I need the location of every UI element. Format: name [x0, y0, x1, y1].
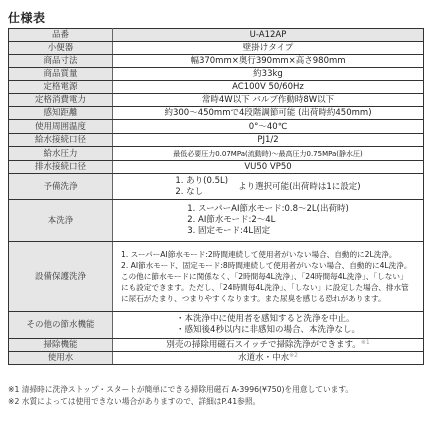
row-label: 定格消費電力	[9, 94, 113, 107]
table-row: その他の節水機能 ・本洗浄中に使用者を感知すると洗浄を中止。 ・感知後4秒以内に…	[9, 312, 424, 339]
row-label: 品番	[9, 29, 113, 42]
other-line: ・感知後4秒以内に非感知の場合、本洗浄なし。	[176, 325, 360, 335]
mode-line: 1. スーパーAI節水モード:0.8～2L(出荷時)	[187, 204, 349, 214]
row-value: 約33kg	[113, 68, 424, 81]
row-value: 幅370mm×奥行390mm×高さ980mm	[113, 55, 424, 68]
table-row: 掃除機能 別売の掃除用磁石スイッチで掃除洗浄ができます。※1	[9, 339, 424, 352]
table-row: 定格消費電力 常時4W以下 バルブ作動時8W以下	[9, 94, 424, 107]
table-row: 給水圧力 最低必要圧力0.07MPa(流動時)～最高圧力0.75MPa(静水圧)	[9, 147, 424, 161]
table-row: 使用水 水道水・中水※2	[9, 352, 424, 365]
row-value: PJ1/2	[113, 134, 424, 147]
row-label: 感知距離	[9, 107, 113, 120]
row-value: 0°～40℃	[113, 120, 424, 134]
row-label: 設備保護洗浄	[9, 242, 113, 312]
row-value: U-A12AP	[113, 29, 424, 42]
table-row: 小便器 壁掛けタイプ	[9, 42, 424, 55]
row-value: VU50 VP50	[113, 161, 424, 174]
row-label: 小便器	[9, 42, 113, 55]
row-label: 給水接続口径	[9, 134, 113, 147]
table-row: 感知距離 約300～450mmで4段階調節可能 (出荷時約450mm)	[9, 107, 424, 120]
footnote-ref: ※2	[289, 352, 298, 359]
row-value: 常時4W以下 バルブ作動時8W以下	[113, 94, 424, 107]
footnotes: ※1 清掃時に洗浄ストップ・スタートが簡単にできる掃除用磁石 A-3996(¥7…	[8, 384, 353, 408]
row-label: 本洗浄	[9, 200, 113, 242]
table-row: 商品寸法 幅370mm×奥行390mm×高さ980mm	[9, 55, 424, 68]
value-text: 別売の掃除用磁石スイッチで掃除洗浄ができます。	[166, 340, 360, 350]
row-value: AC100V 50/60Hz	[113, 81, 424, 94]
protect-line: 1. スーパーAI節水モード:2時間連続して使用者がいない場合、自動的に2L洗浄…	[121, 250, 396, 259]
value-text: 水道水・中水	[238, 353, 289, 363]
row-label: 使用水	[9, 352, 113, 365]
row-value: 約300～450mmで4段階調節可能 (出荷時約450mm)	[113, 107, 424, 120]
table-row: 排水接続口径 VU50 VP50	[9, 161, 424, 174]
footnote-1: ※1 清掃時に洗浄ストップ・スタートが簡単にできる掃除用磁石 A-3996(¥7…	[8, 384, 353, 396]
row-value: 1. スーパーAI節水モード:0.8～2L(出荷時) 2. AI節水モード:2～…	[113, 200, 424, 242]
table-row: 品番 U-A12AP	[9, 29, 424, 42]
row-label: 給水圧力	[9, 147, 113, 161]
protect-line: この他に節水モードに関係なく、「2時間毎4L洗浄」、「24時間毎4L洗浄」、「し…	[121, 272, 408, 281]
footnote-2: ※2 水質によっては使用できない場合がありますので、詳細はP.41参照。	[8, 396, 353, 408]
row-label: 定格電源	[9, 81, 113, 94]
table-row: 予備洗浄 1. あり(0.5L) 2. なし より選択可能(出荷時は1に設定)	[9, 174, 424, 200]
row-value: 1. あり(0.5L) 2. なし より選択可能(出荷時は1に設定)	[113, 174, 424, 200]
main-wash-modes: 1. スーパーAI節水モード:0.8～2L(出荷時) 2. AI節水モード:2～…	[187, 204, 349, 237]
row-value: ・本洗浄中に使用者を感知すると洗浄を中止。 ・感知後4秒以内に非感知の場合、本洗…	[113, 312, 424, 339]
spec-table: 品番 U-A12AP 小便器 壁掛けタイプ 商品寸法 幅370mm×奥行390m…	[8, 28, 424, 365]
row-value: 1. スーパーAI節水モード:2時間連続して使用者がいない場合、自動的に2L洗浄…	[113, 242, 424, 312]
table-row: 本洗浄 1. スーパーAI節水モード:0.8～2L(出荷時) 2. AI節水モー…	[9, 200, 424, 242]
table-row: 定格電源 AC100V 50/60Hz	[9, 81, 424, 94]
row-label: その他の節水機能	[9, 312, 113, 339]
row-label: 排水接続口径	[9, 161, 113, 174]
table-row: 商品質量 約33kg	[9, 68, 424, 81]
other-lines: ・本洗浄中に使用者を感知すると洗浄を中止。 ・感知後4秒以内に非感知の場合、本洗…	[176, 314, 360, 336]
table-row: 設備保護洗浄 1. スーパーAI節水モード:2時間連続して使用者がいない場合、自…	[9, 242, 424, 312]
row-value: 別売の掃除用磁石スイッチで掃除洗浄ができます。※1	[113, 339, 424, 352]
mode-line: 2. AI節水モード:2～4L	[187, 215, 275, 225]
option-line: 1. あり(0.5L)	[175, 176, 228, 186]
footnote-ref: ※1	[361, 339, 370, 346]
row-label: 予備洗浄	[9, 174, 113, 200]
row-value: 水道水・中水※2	[113, 352, 424, 365]
mode-line: 3. 固定モード:4L固定	[187, 226, 270, 236]
protect-line: 2. AI節水モード、固定モード:8時間連続して使用者がいない場合、自動的に4L…	[121, 261, 411, 270]
row-label: 商品質量	[9, 68, 113, 81]
other-line: ・本洗浄中に使用者を感知すると洗浄を中止。	[176, 314, 355, 324]
table-row: 使用周囲温度 0°～40℃	[9, 120, 424, 134]
page-title: 仕様表	[8, 9, 46, 26]
option-suffix: より選択可能(出荷時は1に設定)	[238, 182, 361, 192]
table-row: 給水接続口径 PJ1/2	[9, 134, 424, 147]
pre-wash-options: 1. あり(0.5L) 2. なし より選択可能(出荷時は1に設定)	[175, 176, 360, 198]
row-label: 商品寸法	[9, 55, 113, 68]
row-value: 最低必要圧力0.07MPa(流動時)～最高圧力0.75MPa(静水圧)	[113, 147, 424, 161]
row-value: 壁掛けタイプ	[113, 42, 424, 55]
protect-line: に尿石がたまり、つまりやすくなります。また尿臭を感じる恐れがあります。	[121, 294, 386, 303]
row-label: 使用周囲温度	[9, 120, 113, 134]
row-label: 掃除機能	[9, 339, 113, 352]
protect-line: にも設定できます。ただし、「24時間毎4L洗浄」、「しない」に設定した場合、排水…	[121, 283, 409, 292]
option-line: 2. なし	[175, 187, 203, 197]
